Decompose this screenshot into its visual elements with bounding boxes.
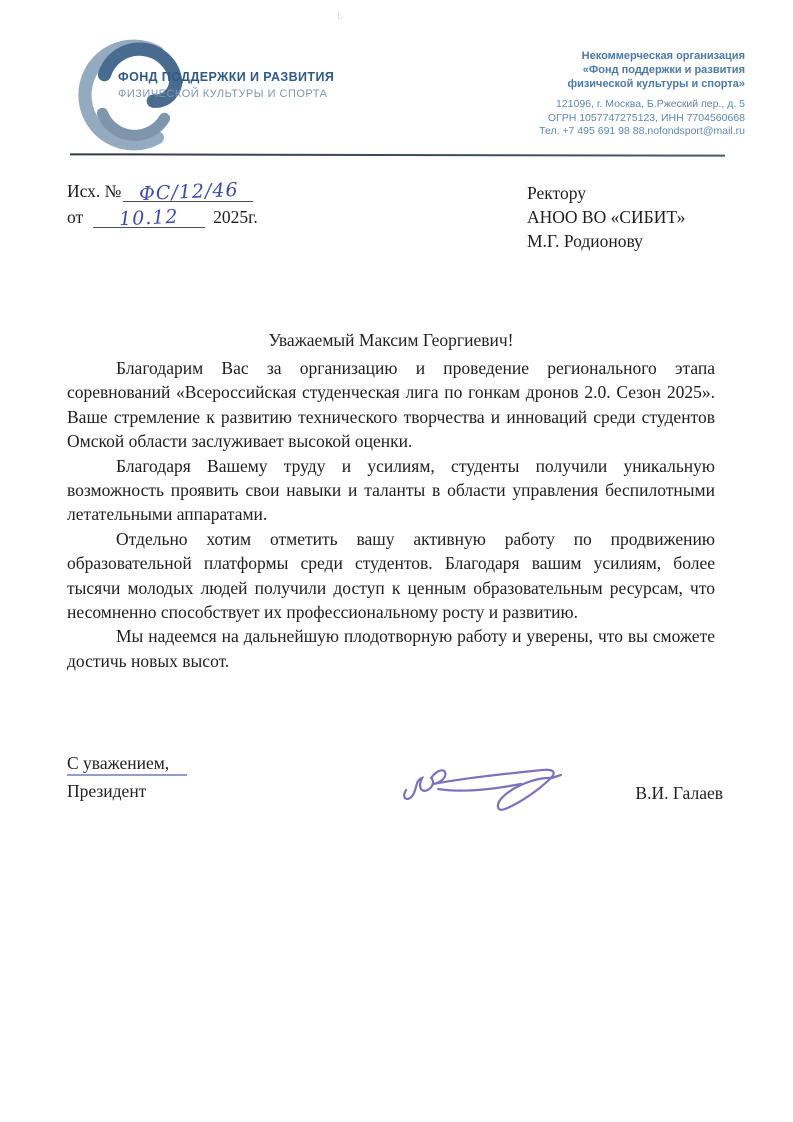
addressee-organization: АНОО ВО «СИБИТ» — [527, 205, 685, 229]
date-line: 10.12 — [93, 205, 205, 228]
date-label: от — [67, 207, 83, 227]
logo-title: ФОНД ПОДДЕРЖКИ И РАЗВИТИЯ — [118, 70, 334, 84]
outgoing-number-line: ФС/12/46 — [123, 179, 253, 202]
org-contact: Тел. +7 495 691 98 88,nofondsport@mail.r… — [539, 125, 745, 139]
org-address: 121096, г. Москва, Б.Ржеский пер., д. 5 — [539, 98, 745, 112]
paragraph-1: Благодарим Вас за организацию и проведен… — [67, 356, 715, 454]
signer-title: Президент — [67, 781, 146, 802]
outgoing-number-label: Исх. № — [67, 181, 121, 201]
date-row: от10.122025г. — [67, 205, 258, 231]
outgoing-number-row: Исх. №ФС/12/46 — [67, 179, 258, 205]
year-label: 2025г. — [213, 207, 258, 227]
regards-line: С уважением, — [67, 753, 187, 774]
addressee-name: М.Г. Родионову — [527, 229, 685, 253]
reference-block: Исх. №ФС/12/46 от10.122025г. — [67, 179, 258, 231]
org-registration: ОГРН 1057747275123, ИНН 7704560668 — [539, 112, 745, 126]
org-name-1: «Фонд поддержки и развития — [539, 63, 745, 77]
letter-body: Благодарим Вас за организацию и проведен… — [67, 356, 715, 673]
addressee-block: Ректору АНОО ВО «СИБИТ» М.Г. Родионову — [527, 181, 685, 253]
outgoing-number-handwritten: ФС/12/46 — [138, 179, 238, 205]
signer-name: В.И. Галаев — [635, 783, 723, 804]
logo-text: ФОНД ПОДДЕРЖКИ И РАЗВИТИЯ ФИЗИЧЕСКОЙ КУЛ… — [118, 70, 334, 100]
org-name-2: физической культуры и спорта» — [539, 77, 745, 91]
salutation: Уважаемый Максим Георгиевич! — [67, 330, 715, 351]
paragraph-3: Отдельно хотим отметить вашу активную ра… — [67, 527, 715, 625]
scan-artifact — [338, 11, 342, 19]
letter-page: ФОНД ПОДДЕРЖКИ И РАЗВИТИЯ ФИЗИЧЕСКОЙ КУЛ… — [0, 0, 793, 1122]
logo-subtitle: ФИЗИЧЕСКОЙ КУЛЬТУРЫ И СПОРТА — [118, 88, 334, 100]
signature-icon — [394, 747, 570, 819]
addressee-position: Ректору — [527, 181, 685, 205]
org-type: Некоммерческая организация — [539, 49, 745, 63]
header-divider — [70, 153, 725, 156]
paragraph-4: Мы надеемся на дальнейшую плодотворную р… — [67, 624, 715, 673]
date-handwritten: 10.12 — [119, 206, 179, 231]
paragraph-2: Благодаря Вашему труду и усилиям, студен… — [67, 454, 715, 527]
org-details-block: Некоммерческая организация «Фонд поддерж… — [539, 49, 745, 139]
